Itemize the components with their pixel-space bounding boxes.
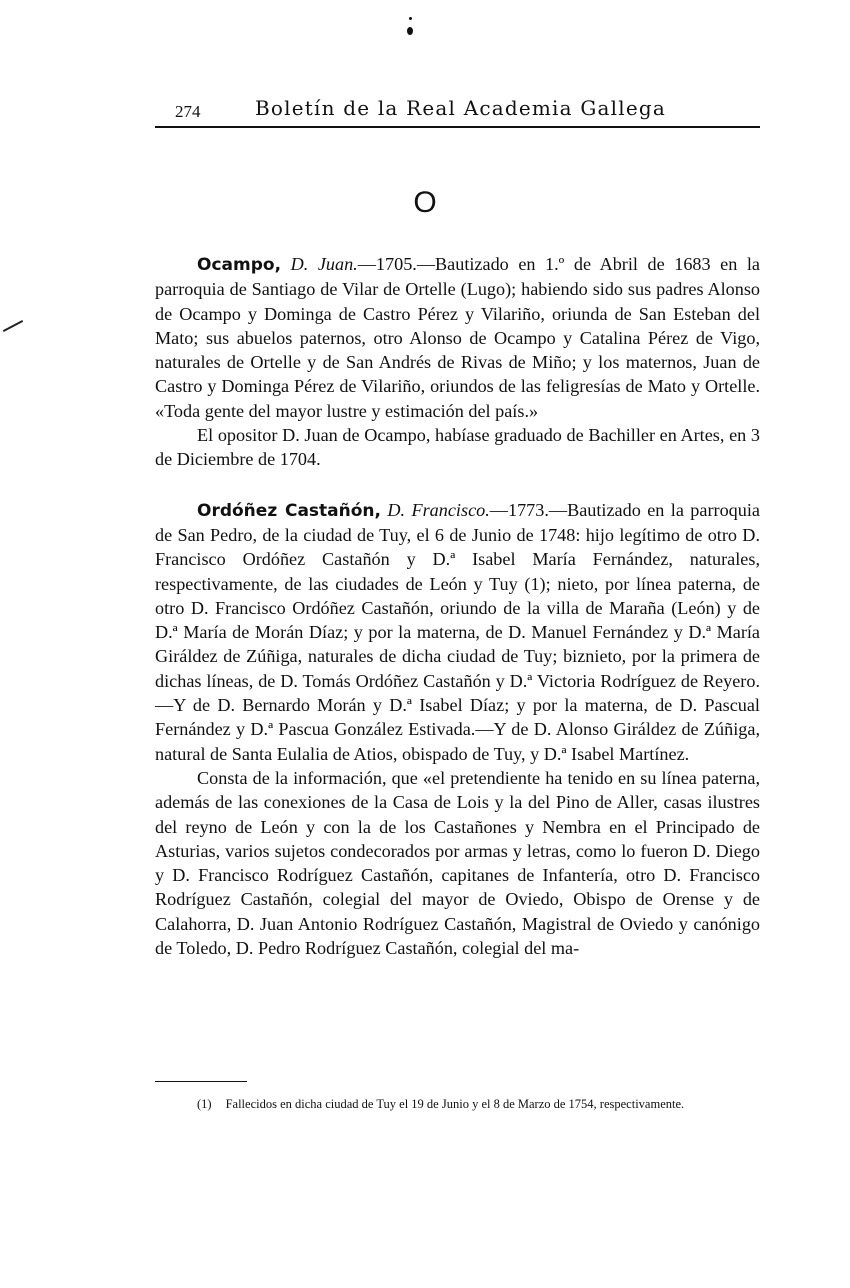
scanned-page: 274 Boletín de la Real Academia Gallega …	[0, 0, 850, 1288]
ink-speck	[409, 17, 412, 20]
page-number: 274	[175, 102, 201, 122]
entry-paragraph: El opositor D. Juan de Ocampo, habíase g…	[155, 423, 760, 472]
entry-name: Ocampo,	[197, 255, 281, 275]
entry-given-name: D. Juan.	[291, 254, 358, 274]
entry-ordonez-castanon: Ordóñez Castañón, D. Francisco.—1773.—Ba…	[155, 498, 760, 766]
entry-paragraph: Consta de la información, que «el preten…	[155, 766, 760, 960]
running-title: Boletín de la Real Academia Gallega	[255, 96, 666, 120]
entry-text: —1705.—Bautizado en 1.º de Abril de 1683…	[155, 254, 760, 421]
footnote-marker: (1)	[197, 1097, 212, 1111]
footnote: (1)Fallecidos en dicha ciudad de Tuy el …	[155, 1094, 760, 1114]
body-text: Ocampo, D. Juan.—1705.—Bautizado en 1.º …	[155, 252, 760, 960]
page-header: 274 Boletín de la Real Academia Gallega	[155, 96, 760, 128]
ink-speck	[407, 27, 413, 35]
header-rule	[155, 126, 760, 128]
entry-spacer	[155, 472, 760, 498]
entry-text: —1773.—Bautizado en la parroquia de San …	[155, 500, 760, 764]
section-letter: O	[0, 186, 850, 220]
footnote-text: Fallecidos en dicha ciudad de Tuy el 19 …	[226, 1097, 685, 1111]
entry-ocampo: Ocampo, D. Juan.—1705.—Bautizado en 1.º …	[155, 252, 760, 423]
entry-given-name: D. Francisco.	[387, 500, 489, 520]
margin-pencil-mark	[3, 320, 23, 332]
footnote-rule	[155, 1081, 247, 1082]
entry-name: Ordóñez Castañón,	[197, 501, 381, 521]
